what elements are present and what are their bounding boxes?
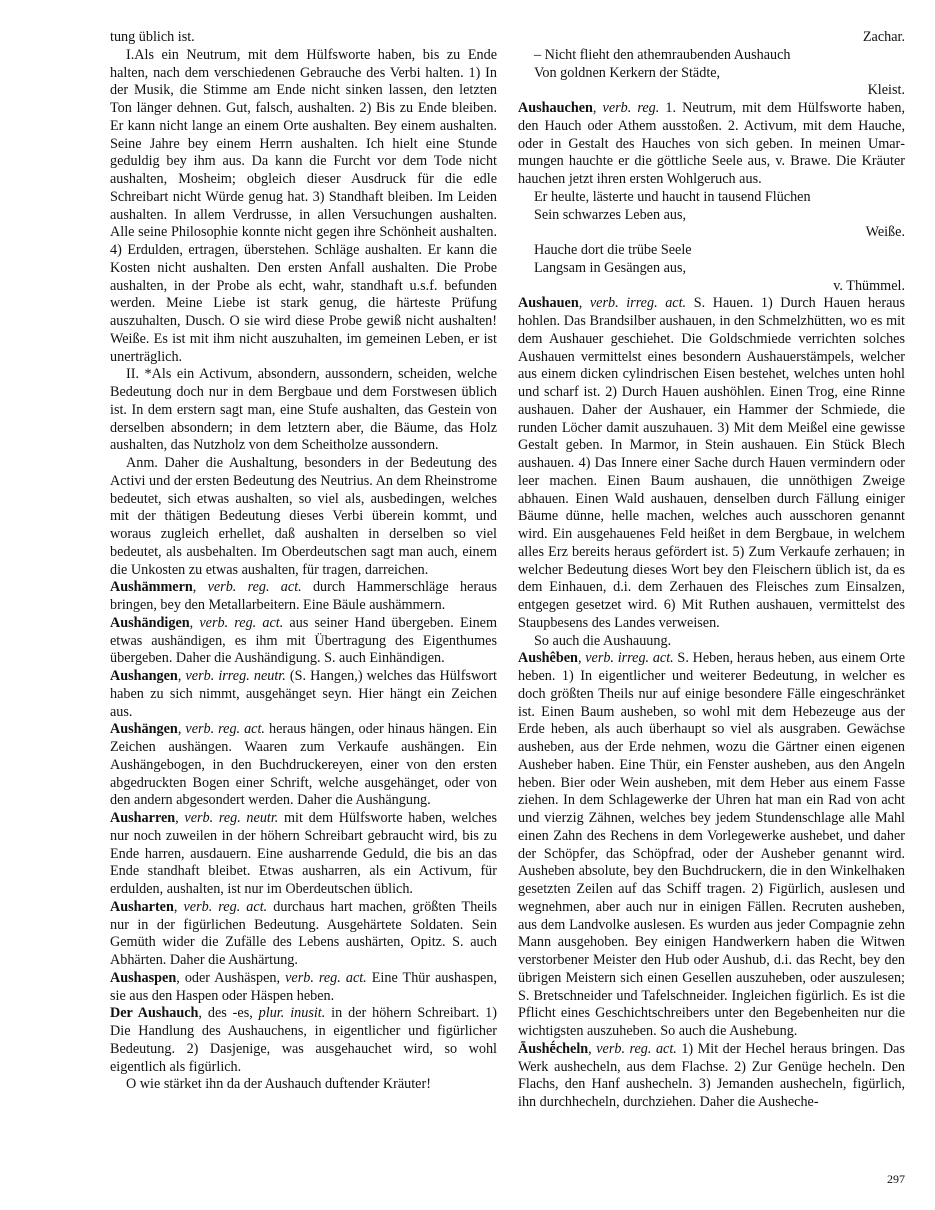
entry-headword: Āushḗcheln	[518, 1041, 588, 1057]
page-number: 297	[887, 1172, 905, 1187]
verse-line: O wie stärket ihn da der Aushauch duften…	[110, 1076, 497, 1094]
entry-headword: Aushämmern	[110, 579, 193, 595]
entry-definition: S. Hauen. 1) Durch Hauen heraus hohlen. …	[518, 295, 905, 631]
left-column: tung üblich ist.I.Als ein Neutrum, mit d…	[110, 29, 497, 1094]
entry-headword: Aushändigen	[110, 615, 190, 631]
grammar-label: verb. irreg. act.	[590, 295, 686, 311]
paragraph: II. *Als ein Activum, absondern, aussond…	[110, 366, 497, 455]
verse-line: Langsam in Gesängen aus,	[518, 260, 905, 278]
dictionary-entry: Aushauchen, verb. reg. 1. Neutrum, mit d…	[518, 100, 905, 189]
entry-headword: Aushauchen	[518, 100, 593, 116]
paragraph: I.Als ein Neutrum, mit dem Hülfsworte ha…	[110, 47, 497, 367]
dictionary-entry: Aushängen, verb. reg. act. heraus hängen…	[110, 721, 497, 810]
grammar-label: verb. irreg. neutr.	[185, 668, 285, 684]
verse-line: Er heulte, lästerte und haucht in tausen…	[518, 189, 905, 207]
grammar-label: verb. reg. act.	[208, 579, 302, 595]
paragraph: Anm. Daher die Aushaltung, besonders in …	[110, 455, 497, 579]
dictionary-entry: Āushḗcheln, verb. reg. act. 1) Mit der H…	[518, 1041, 905, 1112]
grammar-label: verb. reg. neutr.	[184, 810, 278, 826]
grammar-label: verb. reg. act.	[199, 615, 283, 631]
dictionary-entry: Ausharten, verb. reg. act. durchaus hart…	[110, 899, 497, 970]
quote-attribution: v. Thümmel.	[518, 278, 905, 296]
paragraph: tung üblich ist.	[110, 29, 497, 47]
entry-variant: , des -es,	[198, 1005, 258, 1021]
dictionary-entry: Aushangen, verb. irreg. neutr. (S. Hange…	[110, 668, 497, 721]
separator: ,	[175, 810, 184, 826]
entry-headword: Aushaspen	[110, 970, 176, 986]
separator: ,	[190, 615, 200, 631]
entry-headword: Aushängen	[110, 721, 178, 737]
verse-line: Sein schwarzes Leben aus,	[518, 207, 905, 225]
dictionary-entry: Der Aushauch, des -es, plur. inusit. in …	[110, 1005, 497, 1076]
separator: ,	[579, 295, 590, 311]
grammar-label: verb. reg. act.	[285, 970, 367, 986]
separator: ,	[193, 579, 208, 595]
dictionary-entry: Aushaspen, oder Aushäspen, verb. reg. ac…	[110, 970, 497, 1006]
dictionary-entry: Aushêben, verb. irreg. act. S. Heben, he…	[518, 650, 905, 1041]
separator: ,	[593, 100, 603, 116]
grammar-label: verb. reg. act.	[183, 899, 267, 915]
entry-headword: Ausharren	[110, 810, 175, 826]
entry-headword: Ausharten	[110, 899, 174, 915]
entry-definition: S. Heben, heraus heben, aus einem Orte h…	[518, 650, 905, 1039]
quote-attribution: Weiße.	[518, 224, 905, 242]
entry-variant: , oder Aushäspen,	[176, 970, 285, 986]
quote-attribution: Kleist.	[518, 82, 905, 100]
verse-line: – Nicht flieht den athemraubenden Aushau…	[518, 47, 905, 65]
dictionary-entry: Aushauen, verb. irreg. act. S. Hauen. 1)…	[518, 295, 905, 632]
grammar-label: verb. irreg. act.	[585, 650, 673, 666]
entry-headword: Aushauen	[518, 295, 579, 311]
entry-headword: Der Aushauch	[110, 1005, 198, 1021]
verse-line: Hauche dort die trübe Seele	[518, 242, 905, 260]
dictionary-entry: Aushämmern, verb. reg. act. durch Hammer…	[110, 579, 497, 615]
entry-headword: Aushangen	[110, 668, 178, 684]
verse-line: Von goldnen Kerkern der Städte,	[518, 65, 905, 83]
paragraph: So auch die Aushauung.	[518, 633, 905, 651]
quote-attribution: Zachar.	[518, 29, 905, 47]
dictionary-entry: Aushändigen, verb. reg. act. aus seiner …	[110, 615, 497, 668]
entry-headword: Aushêben	[518, 650, 578, 666]
right-column: Zachar.– Nicht flieht den athemraubenden…	[518, 29, 905, 1112]
grammar-label: plur. inusit.	[259, 1005, 326, 1021]
grammar-label: verb. reg. act.	[596, 1041, 677, 1057]
grammar-label: verb. reg. act.	[185, 721, 265, 737]
grammar-label: verb. reg.	[603, 100, 660, 116]
dictionary-entry: Ausharren, verb. reg. neutr. mit dem Hül…	[110, 810, 497, 899]
